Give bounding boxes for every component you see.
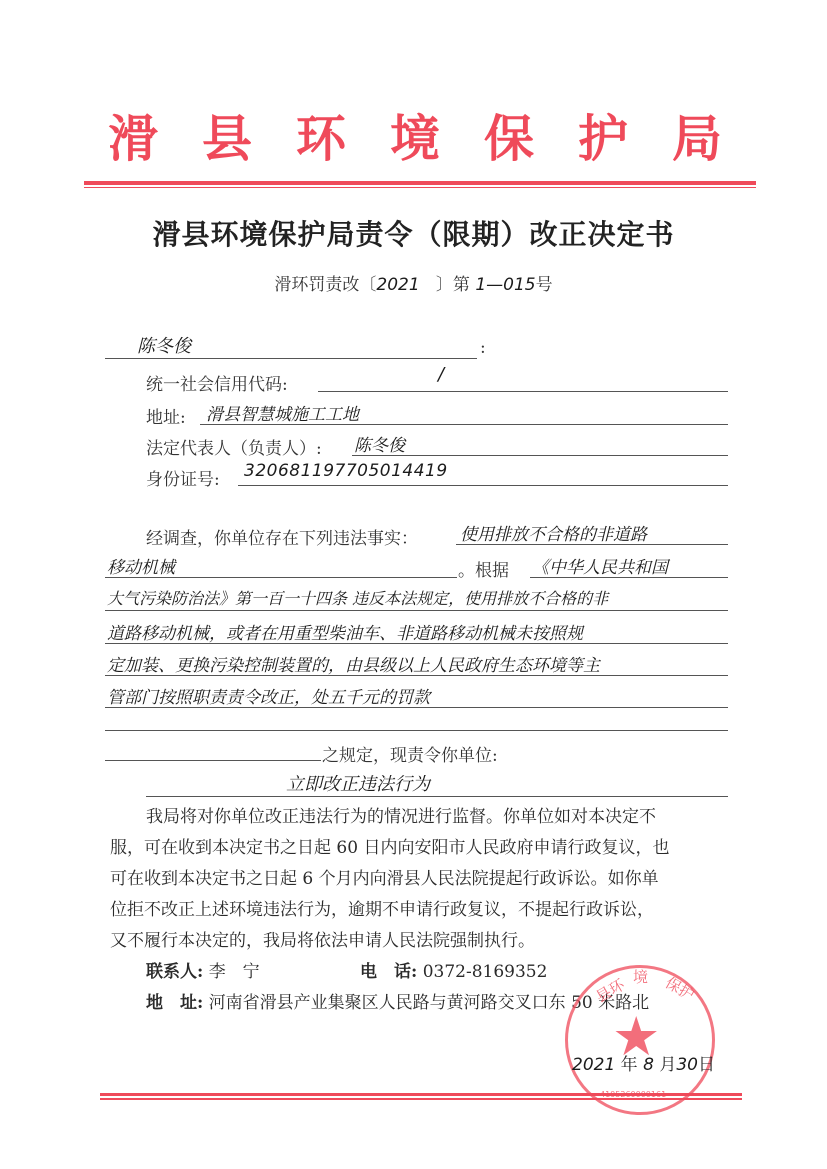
letterhead-char: 滑: [108, 99, 158, 171]
agency-letterhead: 滑 县 环 境 保 护 局: [80, 95, 750, 175]
regulation-suffix: 之规定，现责令你单位:: [322, 741, 498, 766]
letterhead-char: 保: [484, 99, 534, 171]
fact-line-2: 移动机械: [105, 553, 457, 578]
letterhead-char: 县: [202, 99, 252, 171]
basis-text-5: 管部门按照职责责令改正，处五千元的罚款: [107, 683, 430, 708]
contact-phone-value: 0372-8169352: [423, 962, 548, 982]
notice-line-1: 我局将对你单位改正违法行为的情况进行监督。你单位如对本决定不: [146, 802, 656, 833]
date-year: 2021: [572, 1055, 615, 1075]
document-number: 滑环罚责改〔2021 〕第 1—015号: [0, 270, 827, 295]
fact-line-1: 使用排放不合格的非道路: [456, 520, 728, 545]
id-number-value: 320681197705014419: [244, 461, 448, 481]
address-label: 地址:: [146, 403, 186, 428]
contact-phone: 电 话: 0372-8169352: [360, 957, 547, 988]
notice-line-3: 可在收到本决定书之日起 6 个月内向滑县人民法院提起行政诉讼。如你单: [110, 864, 659, 895]
notice-line-2: 服，可在收到本决定书之日起 60 日内向安阳市人民政府申请行政复议，也: [110, 833, 669, 864]
notice-line-5: 又不履行本决定的，我局将依法申请人民法院强制执行。: [110, 926, 535, 957]
basis-text-2: 大气污染防治法》第一百一十四条 违反本法规定，使用排放不合格的非: [107, 586, 608, 609]
doc-no-number: 1—015: [475, 275, 535, 295]
contact-phone-label: 电 话:: [360, 962, 417, 982]
basis-line-1: 《中华人民共和国: [530, 553, 728, 578]
recipient-name-field: 陈冬俊: [105, 332, 477, 359]
address-field: 滑县智慧城施工工地: [200, 400, 728, 425]
date-day: 30: [676, 1055, 698, 1075]
basis-text-1: 《中华人民共和国: [532, 553, 668, 578]
contact-address-label: 地 址:: [146, 993, 203, 1013]
document-title: 滑县环境保护局责令（限期）改正决定书: [0, 213, 827, 253]
regulation-blank: [105, 738, 321, 761]
basis-line-2: 大气污染防治法》第一百一十四条 违反本法规定，使用排放不合格的非: [105, 584, 728, 611]
contact-person: 联系人: 李 宁: [146, 957, 260, 988]
issue-date: 2021 年 8 月30日: [572, 1050, 715, 1081]
doc-no-suffix: 号: [536, 275, 553, 295]
order-value: 立即改正违法行为: [286, 770, 430, 796]
seal-text: 境: [633, 966, 648, 987]
basis-line-5: 管部门按照职责责令改正，处五千元的罚款: [105, 681, 728, 708]
fact-text-1: 使用排放不合格的非道路: [460, 520, 647, 545]
doc-no-prefix: 滑环罚责改〔: [274, 275, 376, 295]
credit-code-label: 统一社会信用代码:: [146, 370, 288, 395]
date-month-unit: 月: [659, 1055, 676, 1075]
doc-no-mid: 〕第: [436, 275, 470, 295]
legal-rep-value: 陈冬俊: [354, 431, 405, 456]
doc-no-year: 2021: [376, 275, 419, 295]
date-day-unit: 日: [698, 1055, 715, 1075]
id-number-field: 320681197705014419: [238, 461, 728, 486]
notice-line-4: 位拒不改正上述环境违法行为，逾期不申请行政复议，不提起行政诉讼，: [110, 895, 654, 926]
date-year-unit: 年: [621, 1055, 638, 1075]
basis-line-6: [105, 708, 728, 731]
date-month: 8: [643, 1055, 654, 1075]
basis-line-4: 定加装、更换污染控制装置的，由县级以上人民政府生态环境等主: [105, 649, 728, 676]
legal-rep-label: 法定代表人（负责人）:: [146, 434, 322, 459]
facts-intro: 经调查，你单位存在下列违法事实：: [146, 524, 418, 549]
credit-code-field: /: [318, 368, 728, 392]
letterhead-rule-thin: [84, 187, 756, 188]
basis-line-3: 道路移动机械，或者在用重型柴油车、非道路移动机械未按照规: [105, 617, 728, 644]
footer-rule-thin: [100, 1098, 742, 1100]
contact-person-value: 李 宁: [209, 962, 260, 982]
fact-text-2: 移动机械: [107, 553, 175, 578]
contact-person-label: 联系人:: [146, 962, 203, 982]
basis-label: 。根据: [458, 556, 509, 581]
recipient-name: 陈冬俊: [137, 332, 191, 358]
order-field: 立即改正违法行为: [146, 770, 728, 797]
address-value: 滑县智慧城施工工地: [206, 400, 359, 425]
letterhead-rule-thick: [84, 181, 756, 185]
recipient-colon: :: [480, 338, 486, 358]
letterhead-char: 境: [390, 99, 440, 171]
id-number-label: 身份证号:: [146, 465, 220, 490]
footer-rule-thick: [100, 1093, 742, 1096]
letterhead-char: 局: [672, 99, 722, 171]
letterhead-char: 环: [296, 99, 346, 171]
credit-code-value: /: [438, 364, 444, 385]
letterhead-char: 护: [578, 99, 628, 171]
basis-text-3: 道路移动机械，或者在用重型柴油车、非道路移动机械未按照规: [107, 619, 583, 644]
basis-text-4: 定加装、更换污染控制装置的，由县级以上人民政府生态环境等主: [107, 651, 600, 676]
legal-rep-field: 陈冬俊: [352, 431, 728, 456]
